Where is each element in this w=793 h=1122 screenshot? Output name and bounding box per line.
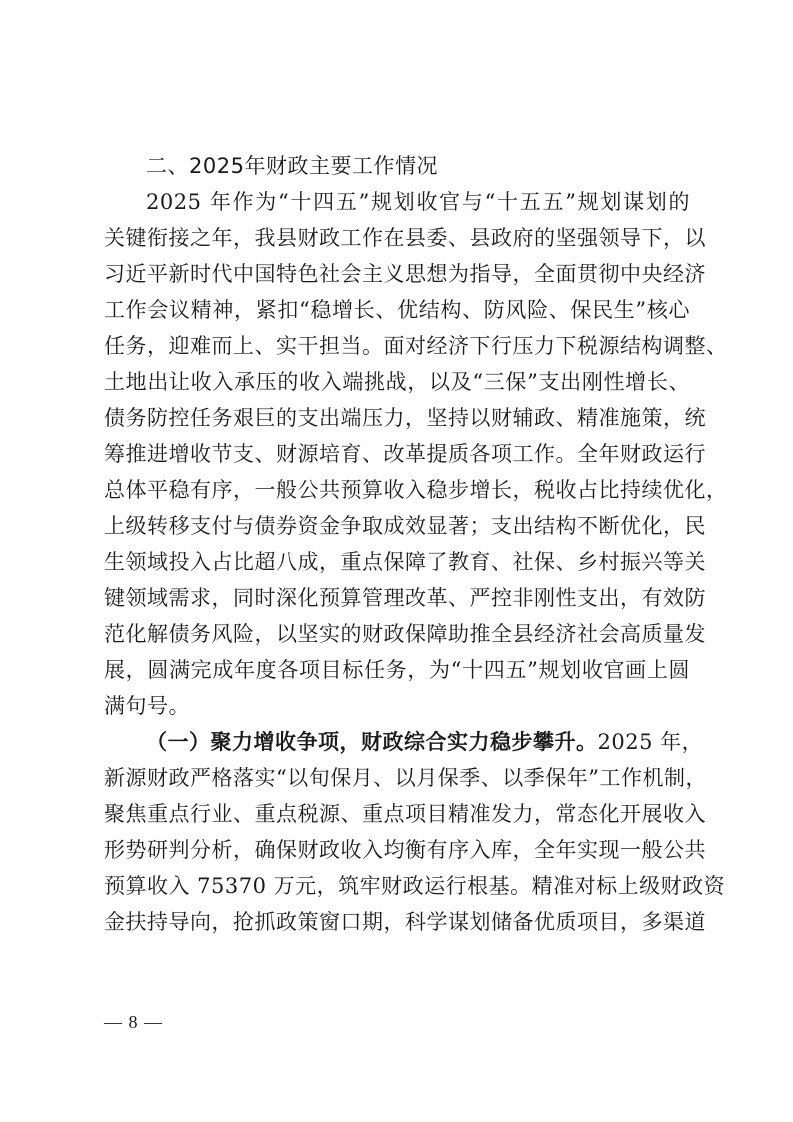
subsection-heading: （一）聚力增收争项，财政综合实力稳步攀升。 — [146, 730, 598, 754]
paragraph-line: 生领域投入占比超八成，重点保障了教育、社保、乡村振兴等关 — [104, 544, 690, 580]
paragraph-line: 债务防控任务艰巨的支出端压力，坚持以财辅政、精准施策，统 — [104, 400, 690, 436]
paragraph-line: 上级转移支付与债券资金争取成效显著；支出结构不断优化，民 — [104, 508, 690, 544]
paragraph-line: 筹推进增收节支、财源培育、改革提质各项工作。全年财政运行 — [104, 436, 690, 472]
paragraph-line: 土地出让收入承压的收入端挑战，以及“三保”支出刚性增长、 — [104, 364, 690, 400]
paragraph-line: 键领域需求，同时深化预算管理改革、严控非刚性支出，有效防 — [104, 580, 690, 616]
page-number: — 8 — — [104, 1012, 163, 1033]
paragraph-line: 金扶持导向，抢抓政策窗口期，科学谋划储备优质项目，多渠道 — [104, 904, 690, 940]
paragraph-line: 关键衔接之年，我县财政工作在县委、县政府的坚强领导下，以 — [104, 220, 690, 256]
paragraph-line: 工作会议精神，紧扣“稳增长、优结构、防风险、保民生”核心 — [104, 292, 690, 328]
paragraph-line: 展，圆满完成年度各项目标任务，为“十四五”规划收官画上圆 — [104, 652, 690, 688]
paragraph-line: 范化解债务风险，以坚实的财政保障助推全县经济社会高质量发 — [104, 616, 690, 652]
section-heading: 二、2025年财政主要工作情况 — [104, 148, 690, 184]
paragraph-line: 满句号。 — [104, 688, 690, 724]
paragraph-line: 2025 年作为“十四五”规划收官与“十五五”规划谋划的 — [104, 184, 690, 220]
paragraph-line: 聚焦重点行业、重点税源、重点项目精准发力，常态化开展收入 — [104, 796, 690, 832]
paragraph-line: 形势研判分析，确保财政收入均衡有序入库，全年实现一般公共 — [104, 832, 690, 868]
subsection-text: 2025 年， — [598, 730, 704, 754]
paragraph-line: 新源财政严格落实“以旬保月、以月保季、以季保年”工作机制， — [104, 760, 690, 796]
paragraph-line: 习近平新时代中国特色社会主义思想为指导，全面贯彻中央经济 — [104, 256, 690, 292]
paragraph-revenue: （一）聚力增收争项，财政综合实力稳步攀升。2025 年， 新源财政严格落实“以旬… — [104, 724, 690, 940]
subsection-lead-line: （一）聚力增收争项，财政综合实力稳步攀升。2025 年， — [104, 724, 690, 760]
paragraph-line: 预算收入 75370 万元，筑牢财政运行根基。精准对标上级财政资 — [104, 868, 690, 904]
paragraph-line: 总体平稳有序，一般公共预算收入稳步增长，税收占比持续优化， — [104, 472, 690, 508]
document-page: 二、2025年财政主要工作情况 2025 年作为“十四五”规划收官与“十五五”规… — [104, 148, 690, 940]
paragraph-line: 任务，迎难而上、实干担当。面对经济下行压力下税源结构调整、 — [104, 328, 690, 364]
paragraph-overview: 2025 年作为“十四五”规划收官与“十五五”规划谋划的 关键衔接之年，我县财政… — [104, 184, 690, 724]
